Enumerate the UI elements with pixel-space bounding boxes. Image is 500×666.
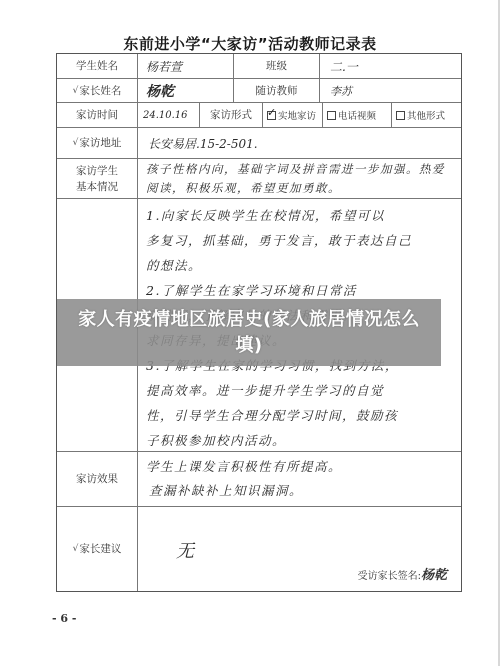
parent-suggestion-value: 无 xyxy=(176,537,194,563)
parent-name-label: 家长姓名 xyxy=(79,83,121,99)
parent-suggestion-label-cell: √家长建议 xyxy=(57,507,137,591)
visit-effect-label: 家访效果 xyxy=(57,452,137,506)
student-basic-info-label: 家访学生 基本情况 xyxy=(57,159,137,198)
visit-form-option-phone-video[interactable]: 电话视频 xyxy=(322,103,391,127)
visit-effect-cell: 学生上课发言积极性有所提高。 查漏补缺补上知识漏洞。 xyxy=(137,452,461,506)
row-visit-time: 家访时间 24.10.16 家访形式 实地家访 电话视频 其他形式 xyxy=(57,103,461,128)
check-mark-icon: √ xyxy=(73,135,79,151)
document-title: 东前进小学“大家访”活动教师记录表 xyxy=(0,33,500,54)
visit-effect-text: 学生上课发言积极性有所提高。 查漏补缺补上知识漏洞。 xyxy=(146,455,455,503)
visit-form-option-other[interactable]: 其他形式 xyxy=(391,103,461,127)
visit-form-option-onsite[interactable]: 实地家访 xyxy=(262,103,322,127)
parent-name-label-cell: √家长姓名 xyxy=(57,79,137,102)
accompany-teacher-value: 李苏 xyxy=(319,79,461,102)
student-name-label: 学生姓名 xyxy=(57,54,137,78)
row-student-name: 学生姓名 杨若萱 班级 二.一 xyxy=(57,54,461,79)
parent-suggestion-cell: 无 受访家长签名:杨乾 xyxy=(137,507,461,591)
parent-signature: 受访家长签名:杨乾 xyxy=(358,564,447,583)
student-basic-info-value: 孩子性格内向，基础字词及拼音需进一步加强。热爱阅读，积极乐观，希望更加勇敢。 xyxy=(146,160,455,198)
checkbox-empty-icon[interactable] xyxy=(396,111,405,120)
row-parent-suggestion: √家长建议 无 受访家长签名:杨乾 xyxy=(57,507,461,591)
checkbox-empty-icon[interactable] xyxy=(327,111,336,120)
signature-label: 受访家长签名: xyxy=(358,571,421,582)
visit-address-label-cell: √家访地址 xyxy=(57,128,137,158)
parent-name-value: 杨乾 xyxy=(137,79,233,102)
parent-suggestion-label: 家长建议 xyxy=(79,541,121,557)
visit-address-value: 长安易居.15-2-501. xyxy=(137,128,461,158)
student-name-value: 杨若萱 xyxy=(137,54,233,78)
overlay-banner-text: 家人有疫情地区旅居史(家人旅居情况怎么填) xyxy=(69,307,429,359)
class-label: 班级 xyxy=(233,54,319,78)
visit-form-label: 家访形式 xyxy=(199,103,262,127)
visit-time-value: 24.10.16 xyxy=(137,103,199,127)
check-mark-icon: √ xyxy=(73,83,79,99)
row-student-basic-info: 家访学生 基本情况 孩子性格内向，基础字词及拼音需进一步加强。热爱阅读，积极乐观… xyxy=(57,159,461,199)
overlay-banner: 家人有疫情地区旅居史(家人旅居情况怎么填) xyxy=(57,299,441,366)
row-parent-name: √家长姓名 杨乾 随访教师 李苏 xyxy=(57,79,461,103)
class-value: 二.一 xyxy=(319,54,461,78)
checkbox-checked-icon[interactable] xyxy=(267,111,276,120)
signature-value: 杨乾 xyxy=(421,568,447,583)
row-visit-effect: 家访效果 学生上课发言积极性有所提高。 查漏补缺补上知识漏洞。 xyxy=(57,452,461,507)
accompany-teacher-label: 随访教师 xyxy=(233,79,319,102)
student-basic-info-cell: 孩子性格内向，基础字词及拼音需进一步加强。热爱阅读，积极乐观，希望更加勇敢。 xyxy=(137,159,461,198)
check-mark-icon: √ xyxy=(73,541,79,557)
visit-time-label: 家访时间 xyxy=(57,103,137,127)
visit-address-label: 家访地址 xyxy=(79,135,121,151)
row-visit-address: √家访地址 长安易居.15-2-501. xyxy=(57,128,461,159)
page-number: - 6 - xyxy=(52,612,76,625)
